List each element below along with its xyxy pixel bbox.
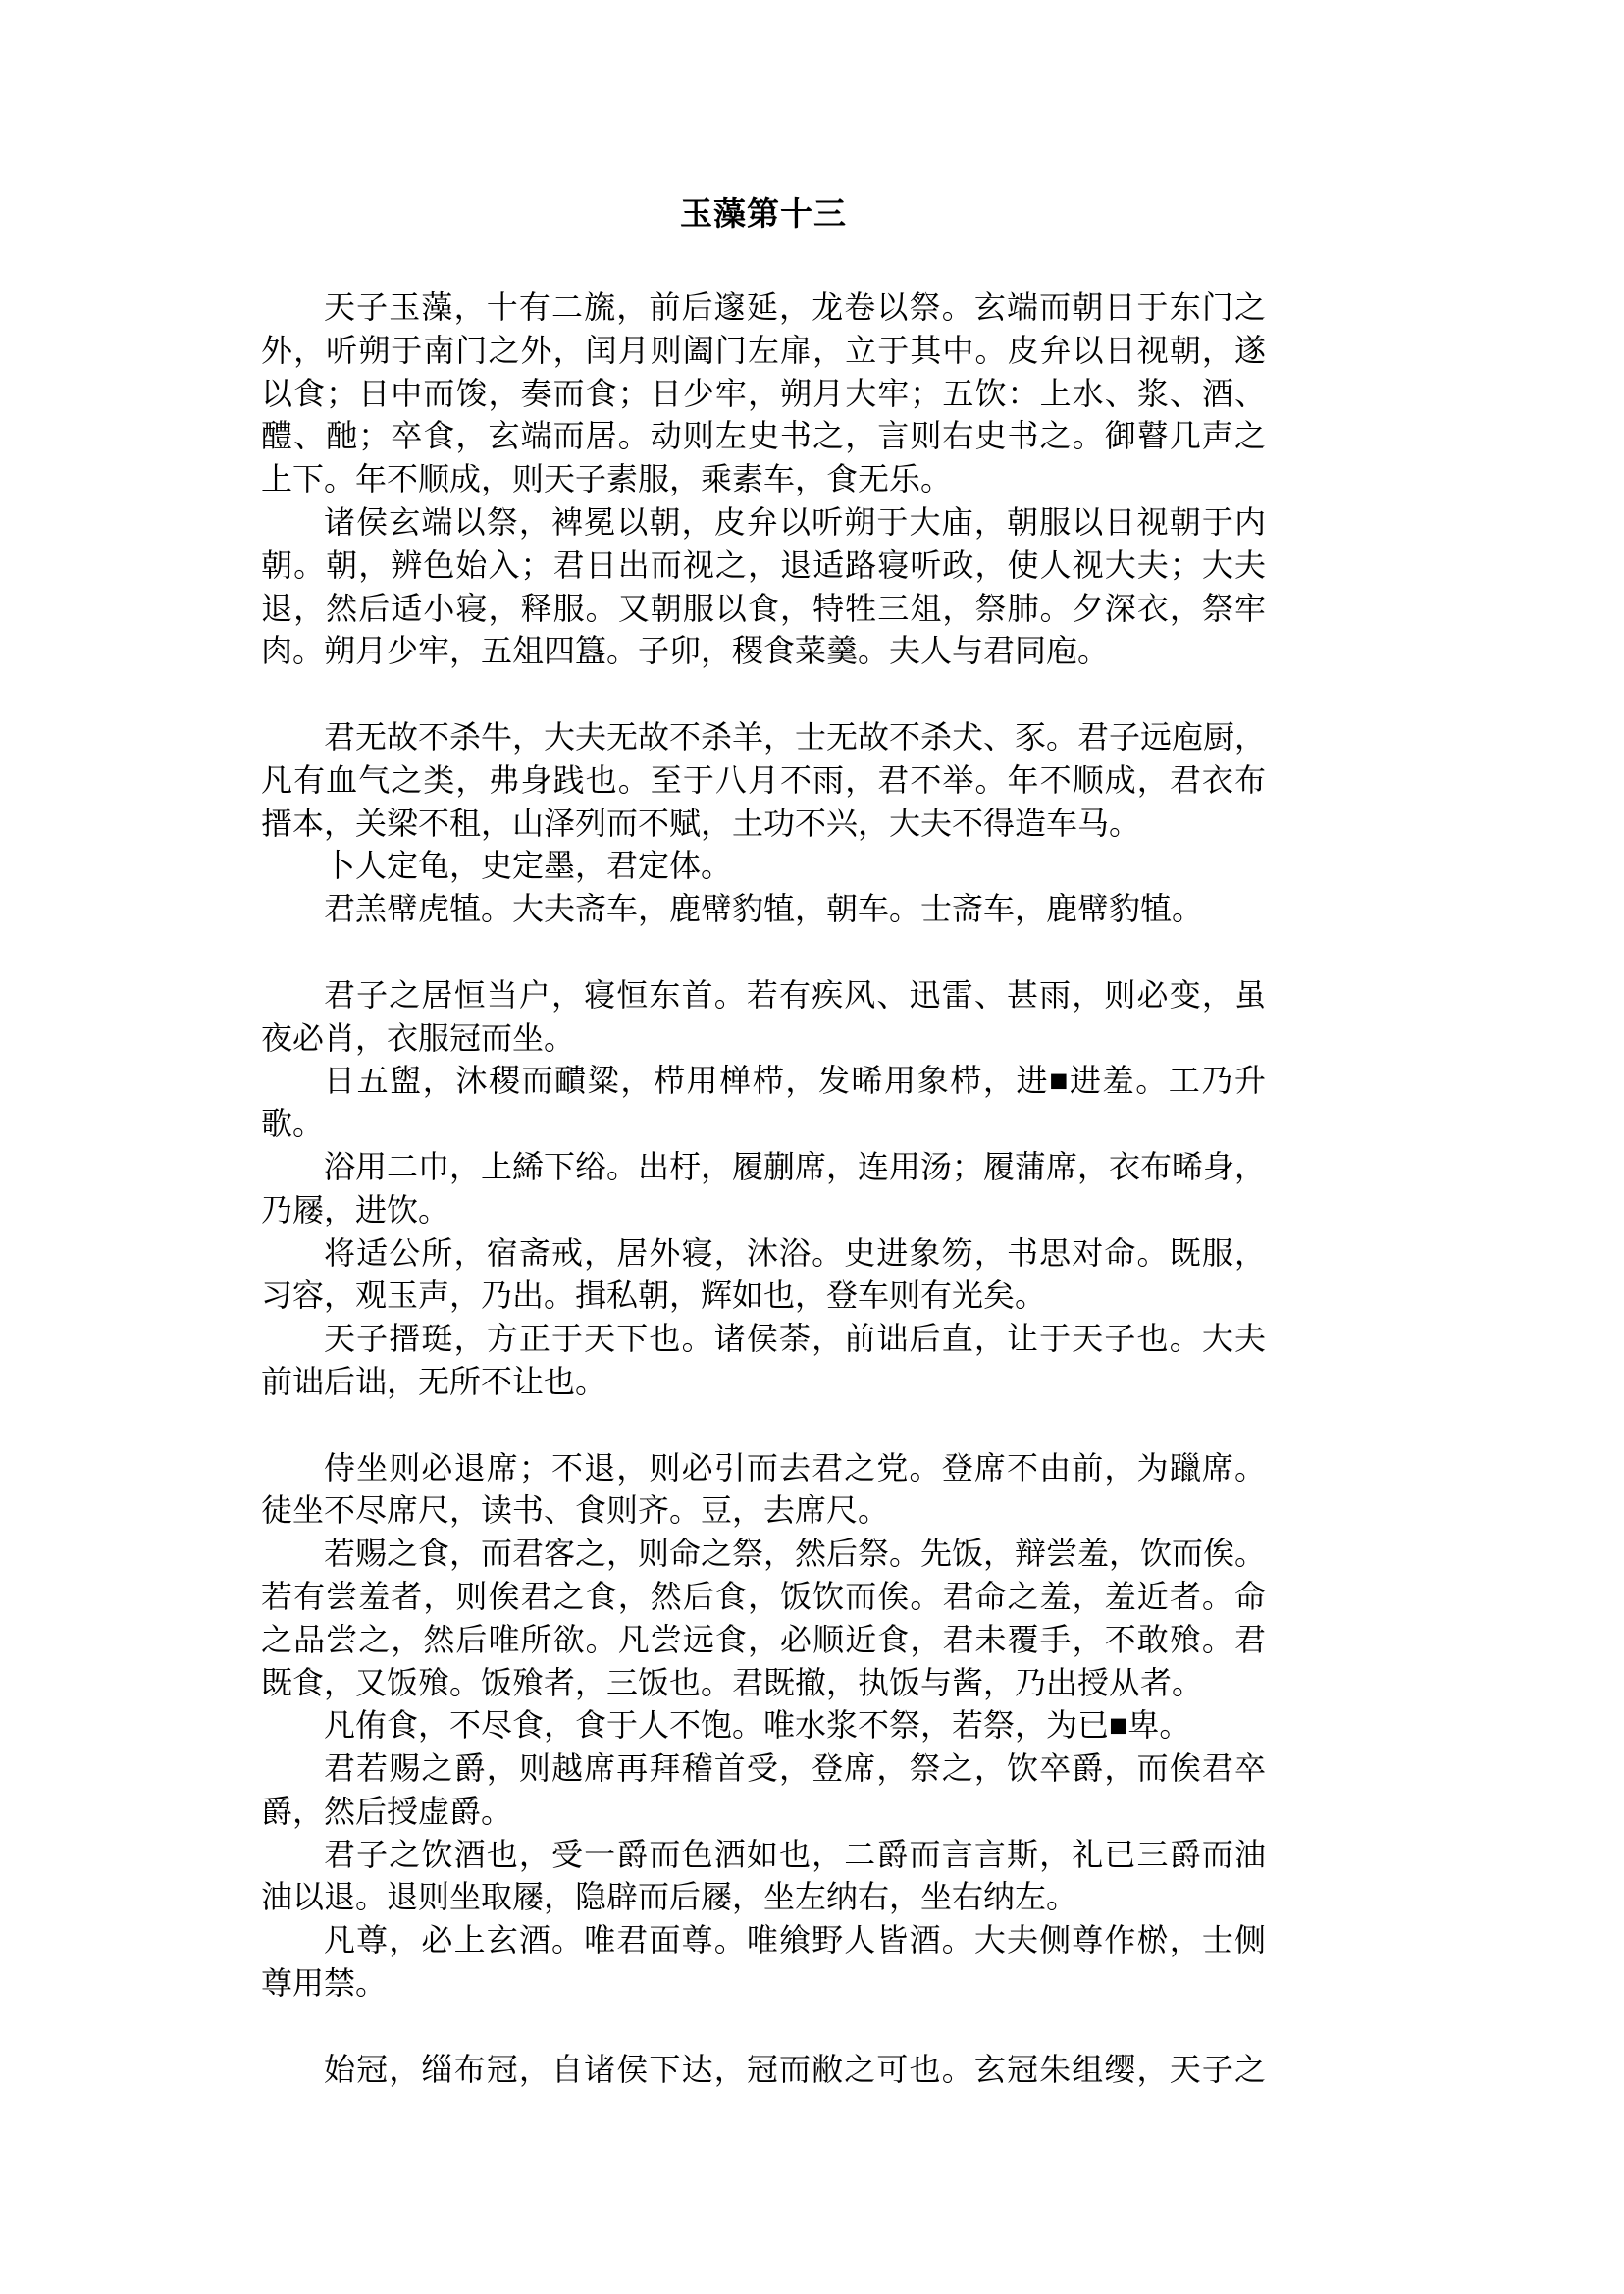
text-line: 既食，又饭飱。饭飱者，三饭也。君既撤，执饭与酱，乃出授从者。 (261, 1662, 1266, 1705)
paragraph: 凡侑食，不尽食，食于人不饱。唯水浆不祭，若祭，为已■卑。 (261, 1704, 1266, 1747)
text-line: 徒坐不尽席尺，读书、食则齐。豆，去席尺。 (261, 1489, 1266, 1533)
document-title: 玉藻第十三 (261, 192, 1266, 235)
text-line: 以食；日中而馂，奏而食；日少牢，朔月大牢；五饮：上水、浆、酒、 (261, 373, 1266, 416)
text-line: 浴用二巾，上絺下绤。出杅，履蒯席，连用汤；履蒲席，衣布晞身， (261, 1146, 1266, 1189)
paragraph: 诸侯玄端以祭，裨冕以朝，皮弁以听朔于大庙，朝服以日视朝于内朝。朝，辨色始入；君日… (261, 501, 1266, 673)
paragraph: 天子搢珽，方正于天下也。诸侯荼，前诎后直，让于天子也。大夫前诎后诎，无所不让也。 (261, 1318, 1266, 1404)
document-page: 玉藻第十三 天子玉藻，十有二旒，前后邃延，龙卷以祭。玄端而朝日于东门之外，听朔于… (0, 0, 1624, 2294)
text-line: 将适公所，宿斋戒，居外寝，沐浴。史进象笏，书思对命。既服， (261, 1232, 1266, 1276)
text-line: 歌。 (261, 1103, 1266, 1146)
paragraph: 将适公所，宿斋戒，居外寝，沐浴。史进象笏，书思对命。既服，习容，观玉声，乃出。揖… (261, 1232, 1266, 1319)
text-line: 夜必肖，衣服冠而坐。 (261, 1017, 1266, 1061)
text-line: 君子之居恒当户，寝恒东首。若有疾风、迅雷、甚雨，则必变，虽 (261, 974, 1266, 1017)
paragraph: 凡尊，必上玄酒。唯君面尊。唯飨野人皆酒。大夫侧尊作棜，士侧尊用禁。 (261, 1919, 1266, 2006)
text-line: 君羔幦虎犆。大夫斋车，鹿幦豹犆，朝车。士斋车，鹿幦豹犆。 (261, 888, 1266, 931)
text-line: 若有尝羞者，则俟君之食，然后食，饭饮而俟。君命之羞，羞近者。命 (261, 1576, 1266, 1619)
section: 始冠，缁布冠，自诸侯下达，冠而敝之可也。玄冠朱组缨，天子之 (261, 2049, 1266, 2092)
paragraph: 浴用二巾，上絺下绤。出杅，履蒯席，连用汤；履蒲席，衣布晞身，乃屦，进饮。 (261, 1146, 1266, 1232)
paragraph: 天子玉藻，十有二旒，前后邃延，龙卷以祭。玄端而朝日于东门之外，听朔于南门之外，闰… (261, 287, 1266, 501)
text-line: 习容，观玉声，乃出。揖私朝，辉如也，登车则有光矣。 (261, 1275, 1266, 1318)
section: 君子之居恒当户，寝恒东首。若有疾风、迅雷、甚雨，则必变，虽夜必肖，衣服冠而坐。日… (261, 974, 1266, 1404)
text-line: 卜人定龟，史定墨，君定体。 (261, 845, 1266, 888)
paragraph: 始冠，缁布冠，自诸侯下达，冠而敝之可也。玄冠朱组缨，天子之 (261, 2049, 1266, 2092)
text-line: 外，听朔于南门之外，闰月则阖门左扉，立于其中。皮弁以日视朝，遂 (261, 330, 1266, 373)
section: 天子玉藻，十有二旒，前后邃延，龙卷以祭。玄端而朝日于东门之外，听朔于南门之外，闰… (261, 287, 1266, 673)
text-line: 诸侯玄端以祭，裨冕以朝，皮弁以听朔于大庙，朝服以日视朝于内 (261, 501, 1266, 545)
paragraph: 君羔幦虎犆。大夫斋车，鹿幦豹犆，朝车。士斋车，鹿幦豹犆。 (261, 888, 1266, 931)
text-line: 尊用禁。 (261, 1962, 1266, 2006)
text-line: 君若赐之爵，则越席再拜稽首受，登席，祭之，饮卒爵，而俟君卒 (261, 1747, 1266, 1791)
paragraph: 卜人定龟，史定墨，君定体。 (261, 845, 1266, 888)
text-line: 前诎后诎，无所不让也。 (261, 1361, 1266, 1404)
text-line: 侍坐则必退席；不退，则必引而去君之党。登席不由前，为躐席。 (261, 1447, 1266, 1490)
text-line: 爵，然后授虚爵。 (261, 1791, 1266, 1834)
paragraph: 若赐之食，而君客之，则命之祭，然后祭。先饭，辩尝羞，饮而俟。若有尝羞者，则俟君之… (261, 1533, 1266, 1704)
text-line: 天子玉藻，十有二旒，前后邃延，龙卷以祭。玄端而朝日于东门之 (261, 287, 1266, 330)
section: 君无故不杀牛，大夫无故不杀羊，士无故不杀犬、豕。君子远庖厨，凡有血气之类，弗身践… (261, 716, 1266, 931)
paragraph: 君无故不杀牛，大夫无故不杀羊，士无故不杀犬、豕。君子远庖厨，凡有血气之类，弗身践… (261, 716, 1266, 845)
paragraph: 日五盥，沐稷而靧粱，栉用椫栉，发晞用象栉，进■进羞。工乃升歌。 (261, 1060, 1266, 1146)
text-line: 凡有血气之类，弗身践也。至于八月不雨，君不举。年不顺成，君衣布 (261, 759, 1266, 803)
paragraph: 侍坐则必退席；不退，则必引而去君之党。登席不由前，为躐席。徒坐不尽席尺，读书、食… (261, 1447, 1266, 1534)
text-line: 之品尝之，然后唯所欲。凡尝远食，必顺近食，君未覆手，不敢飱。君 (261, 1619, 1266, 1662)
text-line: 君子之饮酒也，受一爵而色洒如也，二爵而言言斯，礼已三爵而油 (261, 1834, 1266, 1877)
paragraph: 君子之居恒当户，寝恒东首。若有疾风、迅雷、甚雨，则必变，虽夜必肖，衣服冠而坐。 (261, 974, 1266, 1061)
text-line: 油以退。退则坐取屦，隐辟而后屦，坐左纳右，坐右纳左。 (261, 1876, 1266, 1919)
text-line: 搢本，关梁不租，山泽列而不赋，土功不兴，大夫不得造车马。 (261, 803, 1266, 846)
text-line: 肉。朔月少牢，五俎四簋。子卯，稷食菜羹。夫人与君同庖。 (261, 630, 1266, 673)
paragraph: 君子之饮酒也，受一爵而色洒如也，二爵而言言斯，礼已三爵而油油以退。退则坐取屦，隐… (261, 1834, 1266, 1920)
document-body: 天子玉藻，十有二旒，前后邃延，龙卷以祭。玄端而朝日于东门之外，听朔于南门之外，闰… (261, 287, 1266, 2091)
paragraph: 君若赐之爵，则越席再拜稽首受，登席，祭之，饮卒爵，而俟君卒爵，然后授虚爵。 (261, 1747, 1266, 1834)
text-line: 凡侑食，不尽食，食于人不饱。唯水浆不祭，若祭，为已■卑。 (261, 1704, 1266, 1747)
text-line: 天子搢珽，方正于天下也。诸侯荼，前诎后直，让于天子也。大夫 (261, 1318, 1266, 1361)
text-line: 若赐之食，而君客之，则命之祭，然后祭。先饭，辩尝羞，饮而俟。 (261, 1533, 1266, 1576)
text-line: 始冠，缁布冠，自诸侯下达，冠而敝之可也。玄冠朱组缨，天子之 (261, 2049, 1266, 2092)
text-line: 醴、酏；卒食，玄端而居。动则左史书之，言则右史书之。御瞽几声之 (261, 415, 1266, 458)
text-line: 君无故不杀牛，大夫无故不杀羊，士无故不杀犬、豕。君子远庖厨， (261, 716, 1266, 759)
text-line: 朝。朝，辨色始入；君日出而视之，退适路寝听政，使人视大夫；大夫 (261, 545, 1266, 588)
text-line: 日五盥，沐稷而靧粱，栉用椫栉，发晞用象栉，进■进羞。工乃升 (261, 1060, 1266, 1103)
text-line: 乃屦，进饮。 (261, 1189, 1266, 1232)
section: 侍坐则必退席；不退，则必引而去君之党。登席不由前，为躐席。徒坐不尽席尺，读书、食… (261, 1447, 1266, 2006)
text-line: 凡尊，必上玄酒。唯君面尊。唯飨野人皆酒。大夫侧尊作棜，士侧 (261, 1919, 1266, 1962)
text-line: 退，然后适小寝，释服。又朝服以食，特牲三俎，祭肺。夕深衣，祭牢 (261, 588, 1266, 631)
text-line: 上下。年不顺成，则天子素服，乘素车，食无乐。 (261, 458, 1266, 501)
